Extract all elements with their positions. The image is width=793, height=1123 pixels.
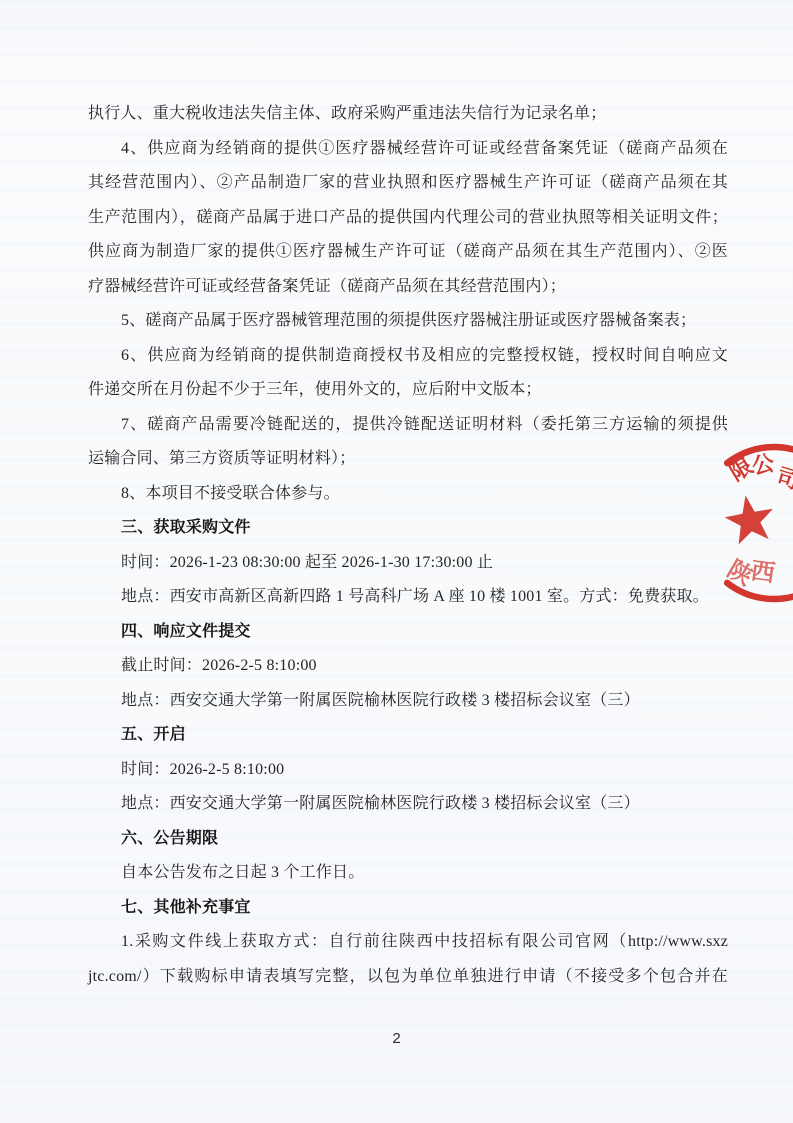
- seal-top-arc: [727, 447, 793, 465]
- seal-text-top-char: 限: [725, 453, 757, 486]
- text-line: 生产范围内），磋商产品属于进口产品的提供国内代理公司的营业执照等相关证明文件；: [88, 201, 728, 236]
- text-line: 时间：2026-2-5 8:10:00: [88, 753, 728, 788]
- text-line: 其经营范围内）、②产品制造厂家的营业执照和医疗器械生产许可证（磋商产品须在其: [88, 166, 728, 201]
- text-line: 疗器械经营许可证或经营备案凭证（磋商产品须在其经营范围内）；: [88, 270, 728, 305]
- text-line: jtc.com/）下载购标申请表填写完整，以包为单位单独进行申请（不接受多个包合…: [88, 960, 728, 995]
- seal-text-top-char: 司: [774, 463, 793, 493]
- seal-star-icon: [725, 495, 773, 544]
- text-line: 地点：西安市高新区高新四路 1 号高科广场 A 座 10 楼 1001 室。方式…: [88, 580, 728, 615]
- text-line: 供应商为制造厂家的提供①医疗器械生产许可证（磋商产品须在其生产范围内）、②医: [88, 235, 728, 270]
- text-line: 5、磋商产品属于医疗器械管理范围的须提供医疗器械注册证或医疗器械备案表；: [88, 304, 728, 339]
- text-line: 运输合同、第三方资质等证明材料）；: [88, 442, 728, 477]
- page-number: 2: [0, 1030, 793, 1047]
- text-line: 7、磋商产品需要冷链配送的，提供冷链配送证明材料（委托第三方运输的须提供: [88, 408, 728, 443]
- text-line: 件递交所在月份起不少于三年，使用外文的，应后附中文版本；: [88, 373, 728, 408]
- document-lines: 执行人、重大税收违法失信主体、政府采购严重违法失信行为记录名单； 4、供应商为经…: [88, 97, 728, 994]
- text-line: 4、供应商为经销商的提供①医疗器械经营许可证或经营备案凭证（磋商产品须在: [88, 132, 728, 167]
- text-line: 地点：西安交通大学第一附属医院榆林医院行政楼 3 楼招标会议室（三）: [88, 787, 728, 822]
- text-line: 6、供应商为经销商的提供制造商授权书及相应的完整授权链，授权时间自响应文: [88, 339, 728, 374]
- section-heading: 七、其他补充事宜: [88, 891, 728, 926]
- text-line: 自本公告发布之日起 3 个工作日。: [88, 856, 728, 891]
- text-line: 截止时间：2026-2-5 8:10:00: [88, 649, 728, 684]
- seal-bottom-arc: [727, 583, 793, 599]
- seal-text-bottom-char: 西: [749, 557, 777, 587]
- section-heading: 五、开启: [88, 718, 728, 753]
- text-line: 时间：2026-1-23 08:30:00 起至 2026-1-30 17:30…: [88, 546, 728, 581]
- text-line: 执行人、重大税收违法失信主体、政府采购严重违法失信行为记录名单；: [88, 97, 728, 132]
- text-line: 8、本项目不接受联合体参与。: [88, 477, 728, 512]
- text-line: 地点：西安交通大学第一附属医院榆林医院行政楼 3 楼招标会议室（三）: [88, 684, 728, 719]
- scanned-document-page: 执行人、重大税收违法失信主体、政府采购严重违法失信行为记录名单； 4、供应商为经…: [0, 0, 793, 1123]
- section-heading: 六、公告期限: [88, 822, 728, 857]
- text-line: 1.采购文件线上获取方式：自行前往陕西中技招标有限公司官网（http://www…: [88, 925, 728, 960]
- section-heading: 四、响应文件提交: [88, 615, 728, 650]
- seal-text-top-char: 公: [750, 450, 777, 479]
- section-heading: 三、获取采购文件: [88, 511, 728, 546]
